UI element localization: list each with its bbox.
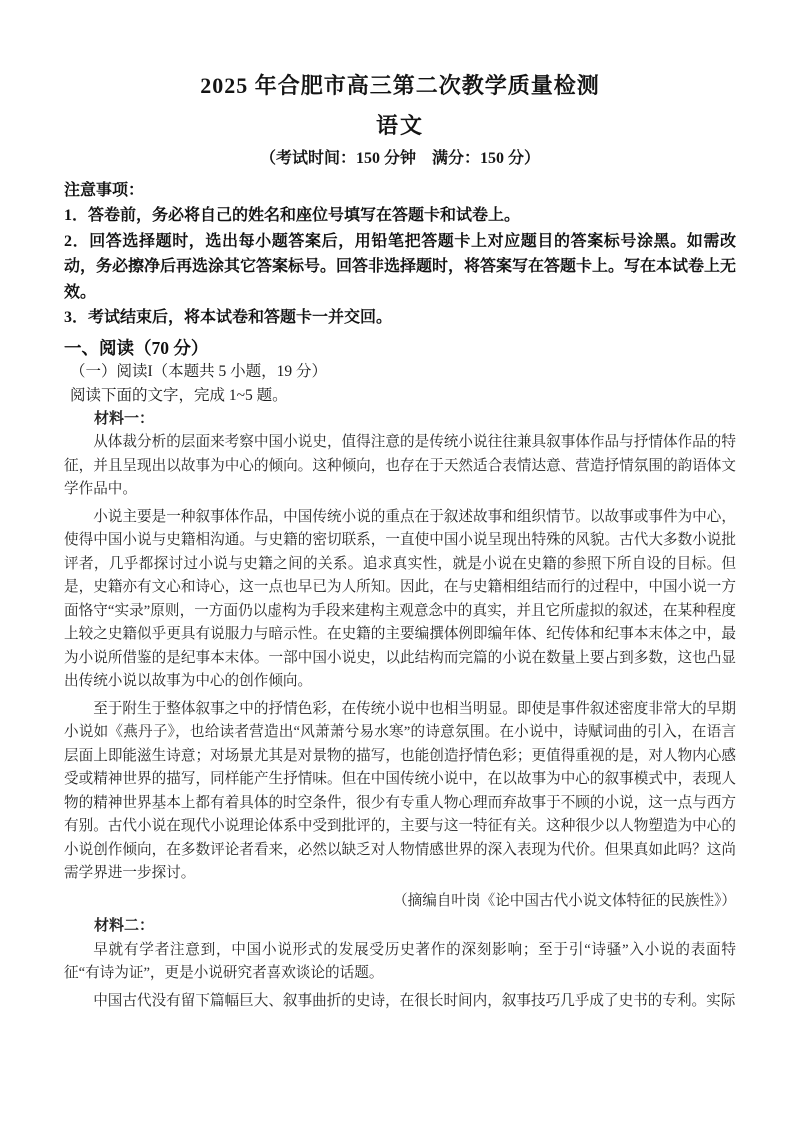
page-title: 2025 年合肥市高三第二次教学质量检测 (64, 72, 736, 100)
notices-block: 注意事项： 1．答卷前，务必将自己的姓名和座位号填写在答题卡和试卷上。 2．回答… (64, 178, 736, 331)
section-heading-reading: 一、阅读（70 分） (64, 336, 736, 360)
subject-title: 语文 (64, 112, 736, 140)
exam-info: （考试时间：150 分钟 满分：150 分） (64, 148, 736, 170)
material-two-block: 材料二： 早就有学者注意到，中国小说形式的发展受历史著作的深刻影响；至于引“诗骚… (64, 915, 736, 1013)
exam-paper-page: 2025 年合肥市高三第二次教学质量检测 语文 （考试时间：150 分钟 满分：… (0, 0, 800, 1131)
reading-instruction: 阅读下面的文字，完成 1~5 题。 (64, 384, 736, 408)
notices-heading: 注意事项： (64, 178, 736, 203)
passage-paragraph: 从体裁分析的层面来考察中国小说史，值得注意的是传统小说往往兼具叙事体作品与抒情体… (64, 431, 736, 502)
passage-paragraph: 至于附生于整体叙事之中的抒情色彩，在传统小说中也相当明显。即使是事件叙述密度非常… (64, 698, 736, 886)
notice-item: 1．答卷前，务必将自己的姓名和座位号填写在答题卡和试卷上。 (64, 203, 736, 229)
passage-paragraph: 早就有学者注意到，中国小说形式的发展受历史著作的深刻影响；至于引“诗骚”入小说的… (64, 939, 736, 986)
source-attribution: （摘编自叶岗《论中国古代小说文体特征的民族性》） (64, 890, 736, 914)
subsection-heading-reading-1: （一）阅读I（本题共 5 小题，19 分） (64, 360, 736, 384)
passage-paragraph: 中国古代没有留下篇幅巨大、叙事曲折的史诗，在很长时间内，叙事技巧几乎成了史书的专… (64, 990, 736, 1014)
material-one-block: 材料一： 从体裁分析的层面来考察中国小说史，值得注意的是传统小说往往兼具叙事体作… (64, 408, 736, 914)
notice-item: 2．回答选择题时，选出每小题答案后，用铅笔把答题卡上对应题目的答案标号涂黑。如需… (64, 229, 736, 306)
passage-paragraph: 小说主要是一种叙事体作品，中国传统小说的重点在于叙述故事和组织情节。以故事或事件… (64, 506, 736, 694)
material-one-label: 材料一： (64, 408, 736, 432)
material-two-label: 材料二： (64, 915, 736, 939)
notice-item: 3．考试结束后，将本试卷和答题卡一并交回。 (64, 305, 736, 331)
